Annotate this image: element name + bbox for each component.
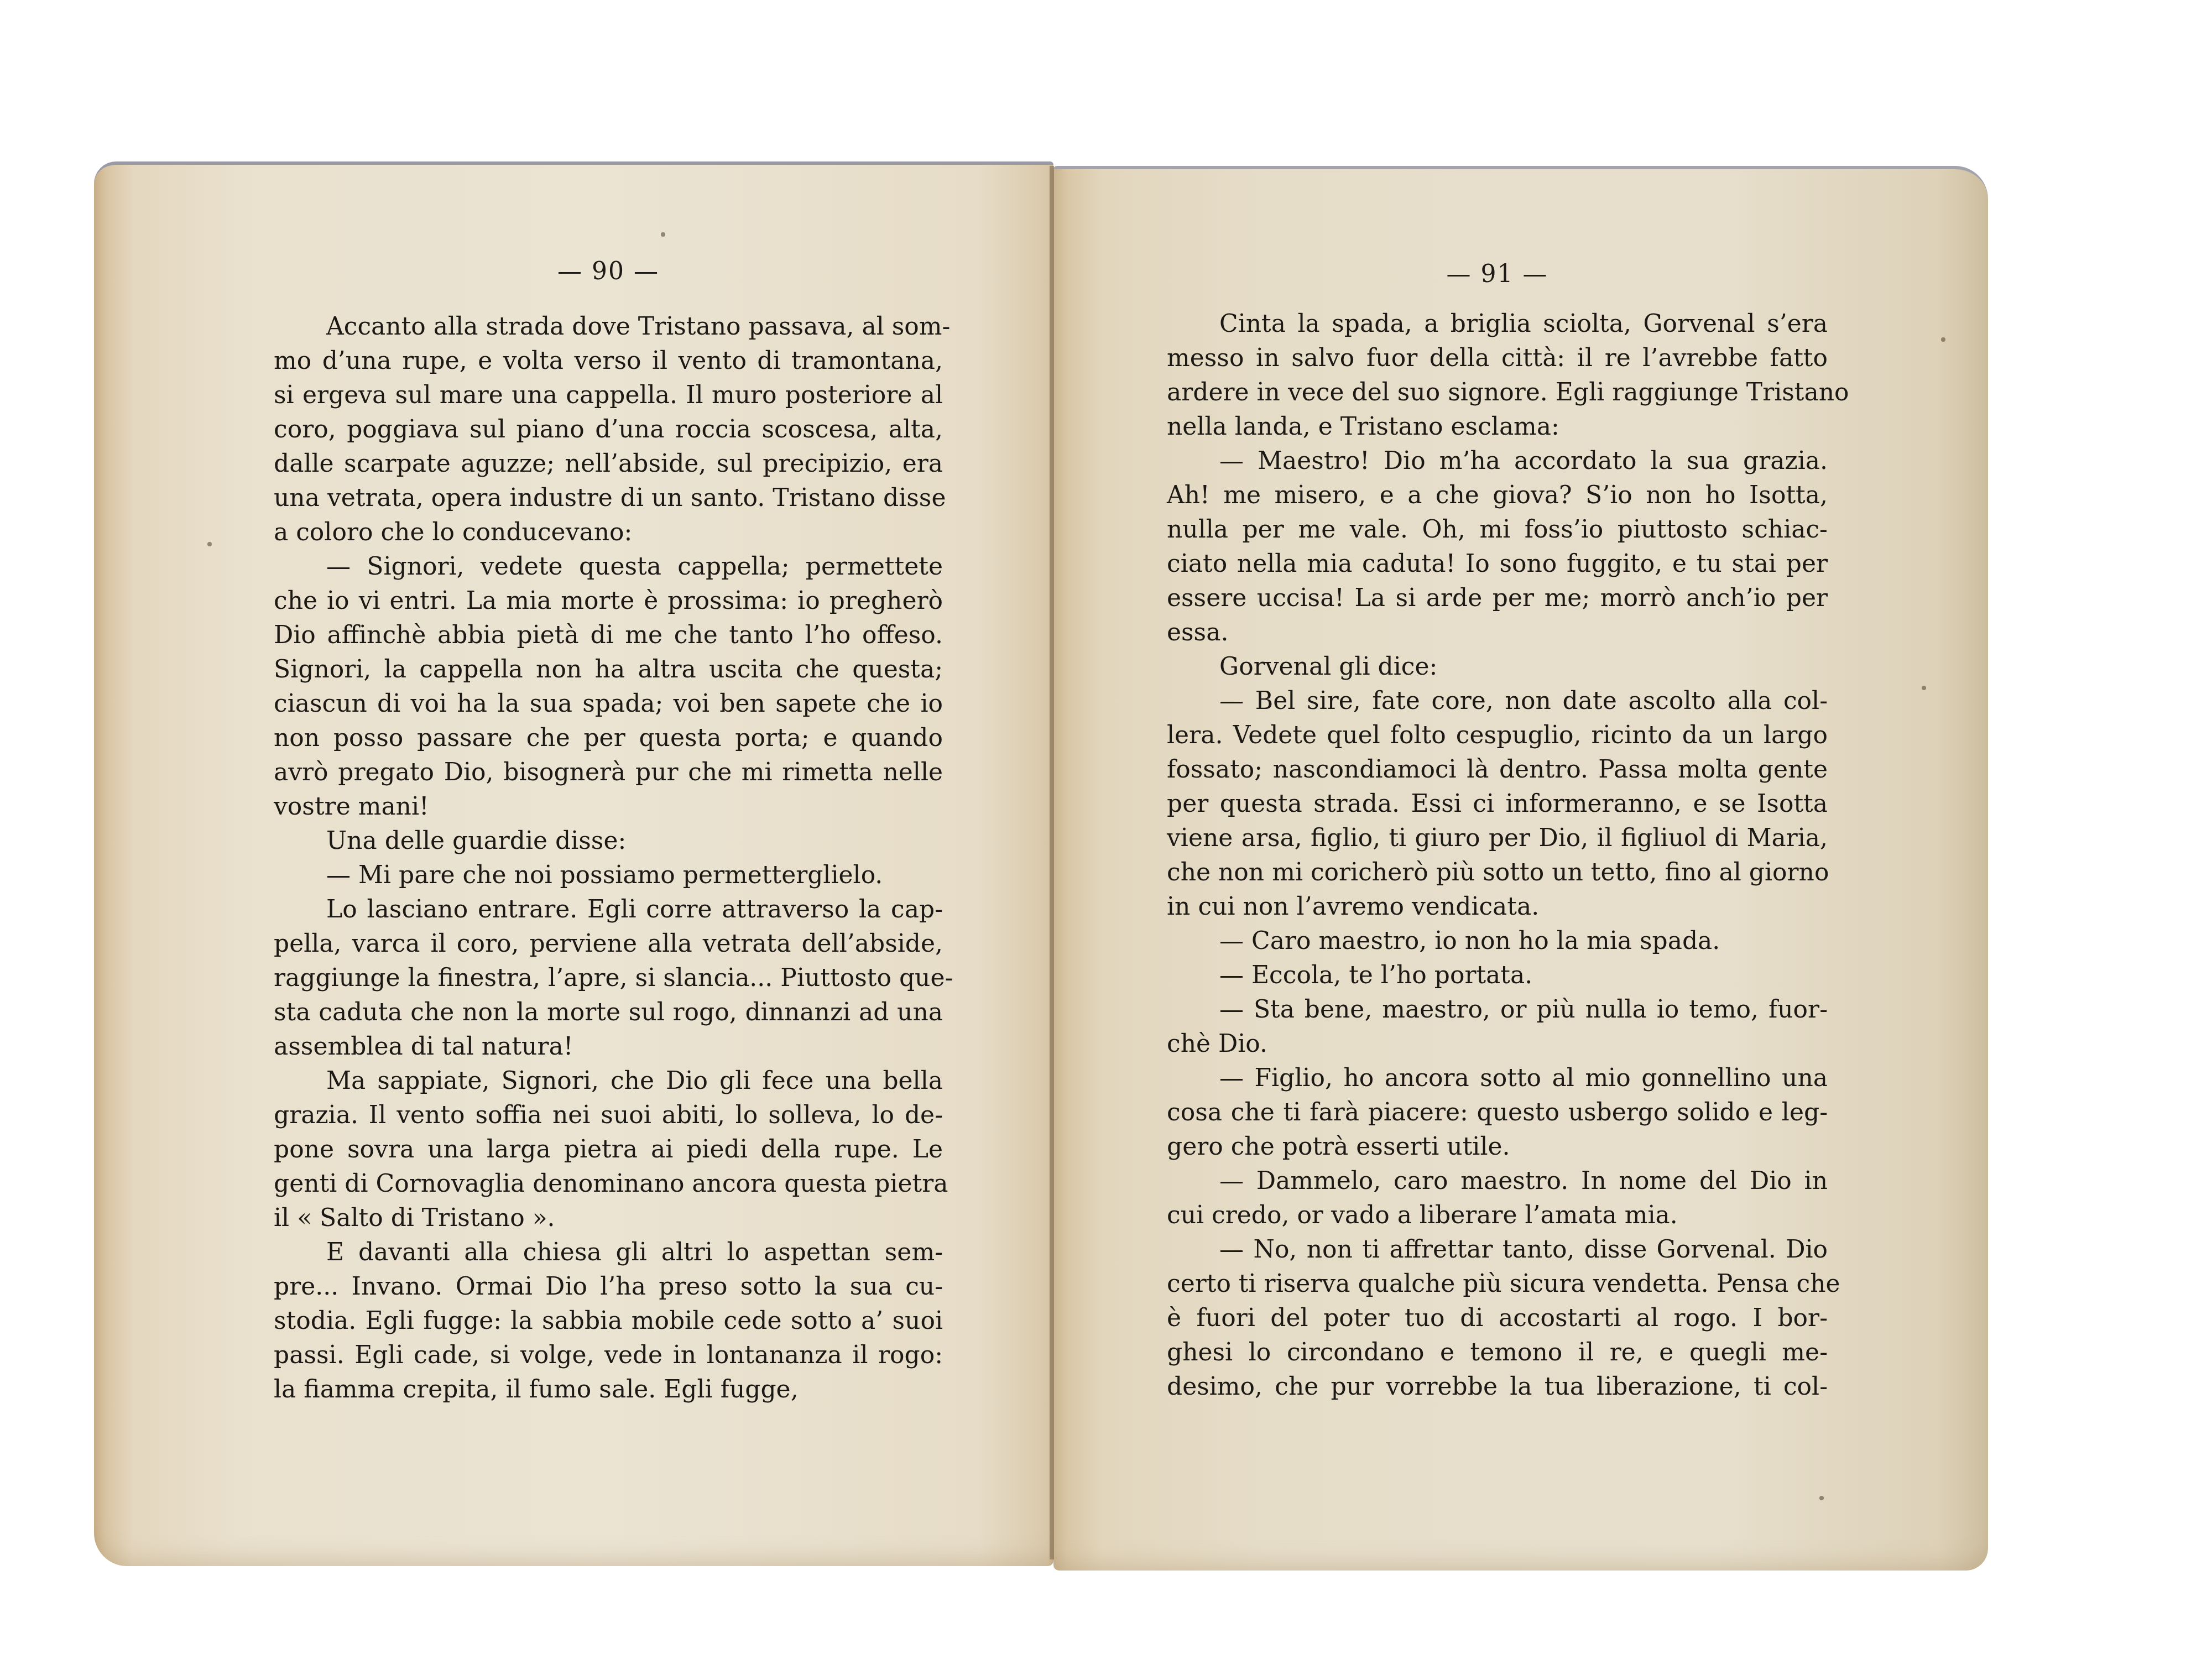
text-line: a coloro che lo conducevano: (274, 515, 943, 550)
text-line: è fuori del poter tuo di accostarti al r… (1167, 1301, 1828, 1335)
paper-speck (207, 542, 212, 546)
text-line: lera. Vedete quel folto cespuglio, ricin… (1167, 718, 1828, 753)
text-line: si ergeva sul mare una cappella. Il muro… (274, 378, 943, 413)
text-line: che non mi coricherò più sotto un tetto,… (1167, 855, 1828, 890)
text-line: che io vi entri. La mia morte è prossima… (274, 584, 943, 618)
paper-speck (661, 232, 665, 237)
text-line: certo ti riserva qualche più sicura vend… (1167, 1267, 1828, 1301)
text-line: Ah! me misero, e a che giova? S’io non h… (1167, 478, 1828, 513)
text-line: ciascun di voi ha la sua spada; voi ben … (274, 687, 943, 721)
text-line: — Bel sire, fate core, non date ascolto … (1167, 684, 1828, 718)
text-line: il « Salto di Tristano ». (274, 1201, 943, 1235)
right-page-text: Cinta la spada, a briglia sciolta, Gorve… (1167, 307, 1828, 1404)
text-line: fossato; nascondiamoci là dentro. Passa … (1167, 753, 1828, 787)
text-line: messo in salvo fuor della città: il re l… (1167, 341, 1828, 375)
text-line: Lo lasciano entrare. Egli corre attraver… (274, 893, 943, 927)
text-line: pre... Invano. Ormai Dio l’ha preso sott… (274, 1270, 943, 1304)
text-line: avrò pregato Dio, bisognerà pur che mi r… (274, 755, 943, 790)
text-line: — Dammelo, caro maestro. In nome del Dio… (1167, 1164, 1828, 1198)
open-book: — 90 — — 91 — Accanto alla strada dove T… (0, 0, 2212, 1659)
text-line: desimo, che pur vorrebbe la tua liberazi… (1167, 1370, 1828, 1404)
text-line: non posso passare che per questa porta; … (274, 721, 943, 755)
text-line: Gorvenal gli dice: (1167, 650, 1828, 684)
text-line: — Signori, vedete questa cappella; perme… (274, 550, 943, 584)
text-line: cui credo, or vado a liberare l’amata mi… (1167, 1198, 1828, 1233)
text-line: raggiunge la finestra, l’apre, si slanci… (274, 961, 943, 995)
text-line: — Figlio, ho ancora sotto al mio gonnell… (1167, 1061, 1828, 1095)
text-line: viene arsa, figlio, ti giuro per Dio, il… (1167, 821, 1828, 855)
text-line: gero che potrà esserti utile. (1167, 1130, 1828, 1164)
text-line: coro, poggiava sul piano d’una roccia sc… (274, 413, 943, 447)
page-number-left: — 90 — (274, 257, 943, 285)
text-line: — Maestro! Dio m’ha accordato la sua gra… (1167, 444, 1828, 478)
text-line: pone sovra una larga pietra ai piedi del… (274, 1133, 943, 1167)
text-line: — Sta bene, maestro, or più nulla io tem… (1167, 993, 1828, 1027)
text-line: in cui non l’avremo vendicata. (1167, 890, 1828, 924)
left-page-text: Accanto alla strada dove Tristano passav… (274, 310, 943, 1407)
text-line: Signori, la cappella non ha altra uscita… (274, 653, 943, 687)
text-line: stodia. Egli fugge: la sabbia mobile ced… (274, 1304, 943, 1338)
book-spine-gutter (1050, 166, 1054, 1559)
text-line: dalle scarpate aguzze; nell’abside, sul … (274, 447, 943, 481)
text-line: E davanti alla chiesa gli altri lo aspet… (274, 1235, 943, 1270)
text-line: cosa che ti farà piacere: questo usbergo… (1167, 1095, 1828, 1130)
text-line: ghesi lo circondano e temono il re, e qu… (1167, 1335, 1828, 1370)
text-line: chè Dio. (1167, 1027, 1828, 1061)
text-line: — Mi pare che noi possiamo permetterglie… (274, 858, 943, 893)
text-line: grazia. Il vento soffia nei suoi abiti, … (274, 1098, 943, 1133)
text-line: — No, non ti affrettar tanto, disse Gorv… (1167, 1233, 1828, 1267)
text-line: ciato nella mia caduta! Io sono fuggito,… (1167, 547, 1828, 581)
text-line: Una delle guardie disse: (274, 824, 943, 858)
text-line: vostre mani! (274, 790, 943, 824)
text-line: Cinta la spada, a briglia sciolta, Gorve… (1167, 307, 1828, 341)
text-line: — Caro maestro, io non ho la mia spada. (1167, 924, 1828, 958)
text-line: nulla per me vale. Oh, mi foss’io piutto… (1167, 513, 1828, 547)
text-line: sta caduta che non la morte sul rogo, di… (274, 995, 943, 1030)
text-line: pella, varca il coro, perviene alla vetr… (274, 927, 943, 961)
paper-speck (1941, 337, 1945, 342)
text-line: per questa strada. Essi ci informeranno,… (1167, 787, 1828, 821)
text-line: passi. Egli cade, si volge, vede in lont… (274, 1338, 943, 1373)
text-line: Ma sappiate, Signori, che Dio gli fece u… (274, 1064, 943, 1098)
paper-speck (1819, 1496, 1824, 1500)
text-line: Dio affinchè abbia pietà di me che tanto… (274, 618, 943, 653)
text-line: mo d’una rupe, e volta verso il vento di… (274, 344, 943, 378)
text-line: — Eccola, te l’ho portata. (1167, 958, 1828, 993)
text-line: Accanto alla strada dove Tristano passav… (274, 310, 943, 344)
page-number-right: — 91 — (1167, 260, 1828, 288)
text-line: essere uccisa! La si arde per me; morrò … (1167, 581, 1828, 615)
text-line: assemblea di tal natura! (274, 1030, 943, 1064)
text-line: ardere in vece del suo signore. Egli rag… (1167, 375, 1828, 410)
text-line: nella landa, e Tristano esclama: (1167, 410, 1828, 444)
paper-speck (1922, 686, 1926, 690)
text-line: genti di Cornovaglia denominano ancora q… (274, 1167, 943, 1201)
text-line: una vetrata, opera industre di un santo.… (274, 481, 943, 515)
text-line: essa. (1167, 615, 1828, 650)
text-line: la fiamma crepita, il fumo sale. Egli fu… (274, 1373, 943, 1407)
